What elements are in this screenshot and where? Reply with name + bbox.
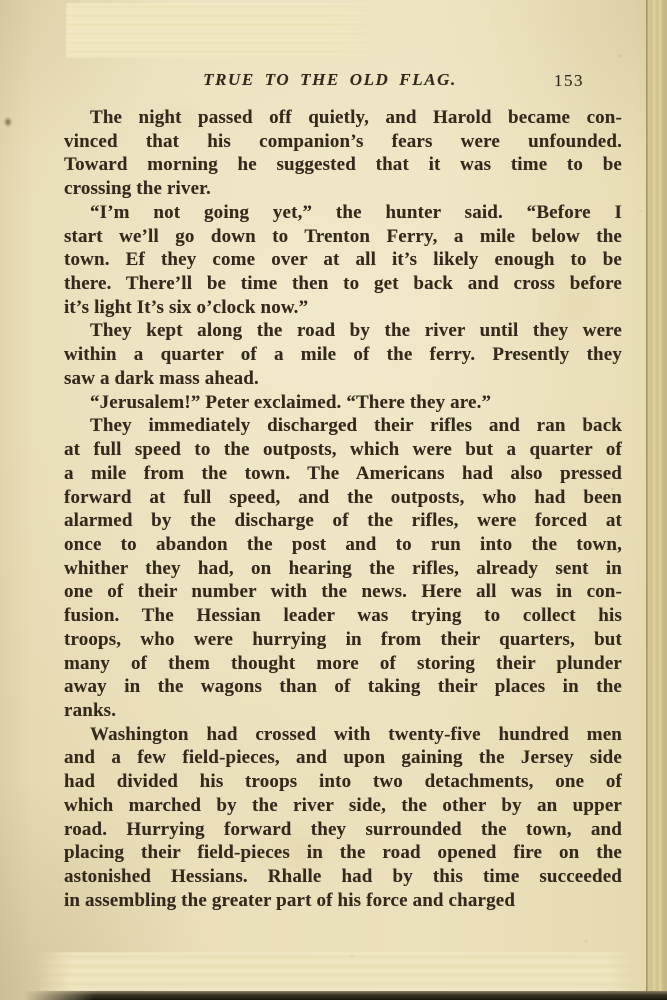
text-line: it’s light It’s six o’clock now.” bbox=[64, 296, 622, 320]
book-cover-edge bbox=[24, 991, 667, 1000]
text-line: fusion. The Hessian leader was trying to… bbox=[64, 604, 622, 628]
text-line: “I’m not going yet,” the hunter said. “B… bbox=[64, 201, 622, 225]
page-top-edge-texture bbox=[66, 3, 388, 58]
text-line: in assembling the greater part of his fo… bbox=[64, 889, 622, 913]
body-text: The night passed off quietly, and Harold… bbox=[64, 106, 622, 912]
text-line: had divided his troops into two detachme… bbox=[64, 770, 622, 794]
text-line: town. Ef they come over at all it’s like… bbox=[64, 248, 622, 272]
text-line: away in the wagons than of taking their … bbox=[64, 675, 622, 699]
text-line: whither they had, on hearing the rifles,… bbox=[64, 557, 622, 581]
text-line: many of them thought more of storing the… bbox=[64, 652, 622, 676]
text-line: They immediately discharged their rifles… bbox=[64, 414, 622, 438]
text-line: placing their field-pieces in the road o… bbox=[64, 841, 622, 865]
page-bottom-edge-texture bbox=[36, 952, 634, 991]
text-line: astonished Hessians. Rhalle had by this … bbox=[64, 865, 622, 889]
book-page-scan: TRUE TO THE OLD FLAG. 153 The night pass… bbox=[0, 0, 667, 1000]
text-line: Toward morning he suggested that it was … bbox=[64, 153, 622, 177]
page-number: 153 bbox=[554, 71, 584, 91]
paragraph: They immediately discharged their rifles… bbox=[64, 414, 622, 722]
running-header: TRUE TO THE OLD FLAG. 153 bbox=[65, 70, 622, 95]
running-title: TRUE TO THE OLD FLAG. bbox=[65, 70, 595, 90]
text-line: Washington had crossed with twenty-five … bbox=[64, 723, 622, 747]
text-line: “Jerusalem!” Peter exclaimed. “There the… bbox=[64, 391, 622, 415]
text-line: once to abandon the post and to run into… bbox=[64, 533, 622, 557]
text-line: forward at full speed, and the outposts,… bbox=[64, 486, 622, 510]
text-line: troops, who were hurrying in from their … bbox=[64, 628, 622, 652]
text-line: a mile from the town. The Americans had … bbox=[64, 462, 622, 486]
text-line: which marched by the river side, the oth… bbox=[64, 794, 622, 818]
text-line: within a quarter of a mile of the ferry.… bbox=[64, 343, 622, 367]
text-line: at full speed to the outposts, which wer… bbox=[64, 438, 622, 462]
text-line: one of their number with the news. Here … bbox=[64, 580, 622, 604]
text-line: alarmed by the discharge of the rifles, … bbox=[64, 509, 622, 533]
text-line: crossing the river. bbox=[64, 177, 622, 201]
text-line: The night passed off quietly, and Harold… bbox=[64, 106, 622, 130]
text-line: and a few field-pieces, and upon gaining… bbox=[64, 746, 622, 770]
text-line: road. Hurrying forward they surrounded t… bbox=[64, 818, 622, 842]
text-line: ranks. bbox=[64, 699, 622, 723]
paragraph: “Jerusalem!” Peter exclaimed. “There the… bbox=[64, 391, 622, 415]
text-line: there. There’ll be time then to get back… bbox=[64, 272, 622, 296]
paper-blemish bbox=[3, 116, 13, 128]
text-line: vinced that his companion’s fears were u… bbox=[64, 130, 622, 154]
text-line: They kept along the road by the river un… bbox=[64, 319, 622, 343]
book-fore-edge bbox=[646, 0, 667, 1000]
text-line: saw a dark mass ahead. bbox=[64, 367, 622, 391]
text-line: start we’ll go down to Trenton Ferry, a … bbox=[64, 225, 622, 249]
paragraph: “I’m not going yet,” the hunter said. “B… bbox=[64, 201, 622, 320]
paragraph: The night passed off quietly, and Harold… bbox=[64, 106, 622, 201]
paragraph: Washington had crossed with twenty-five … bbox=[64, 723, 622, 913]
paragraph: They kept along the road by the river un… bbox=[64, 319, 622, 390]
